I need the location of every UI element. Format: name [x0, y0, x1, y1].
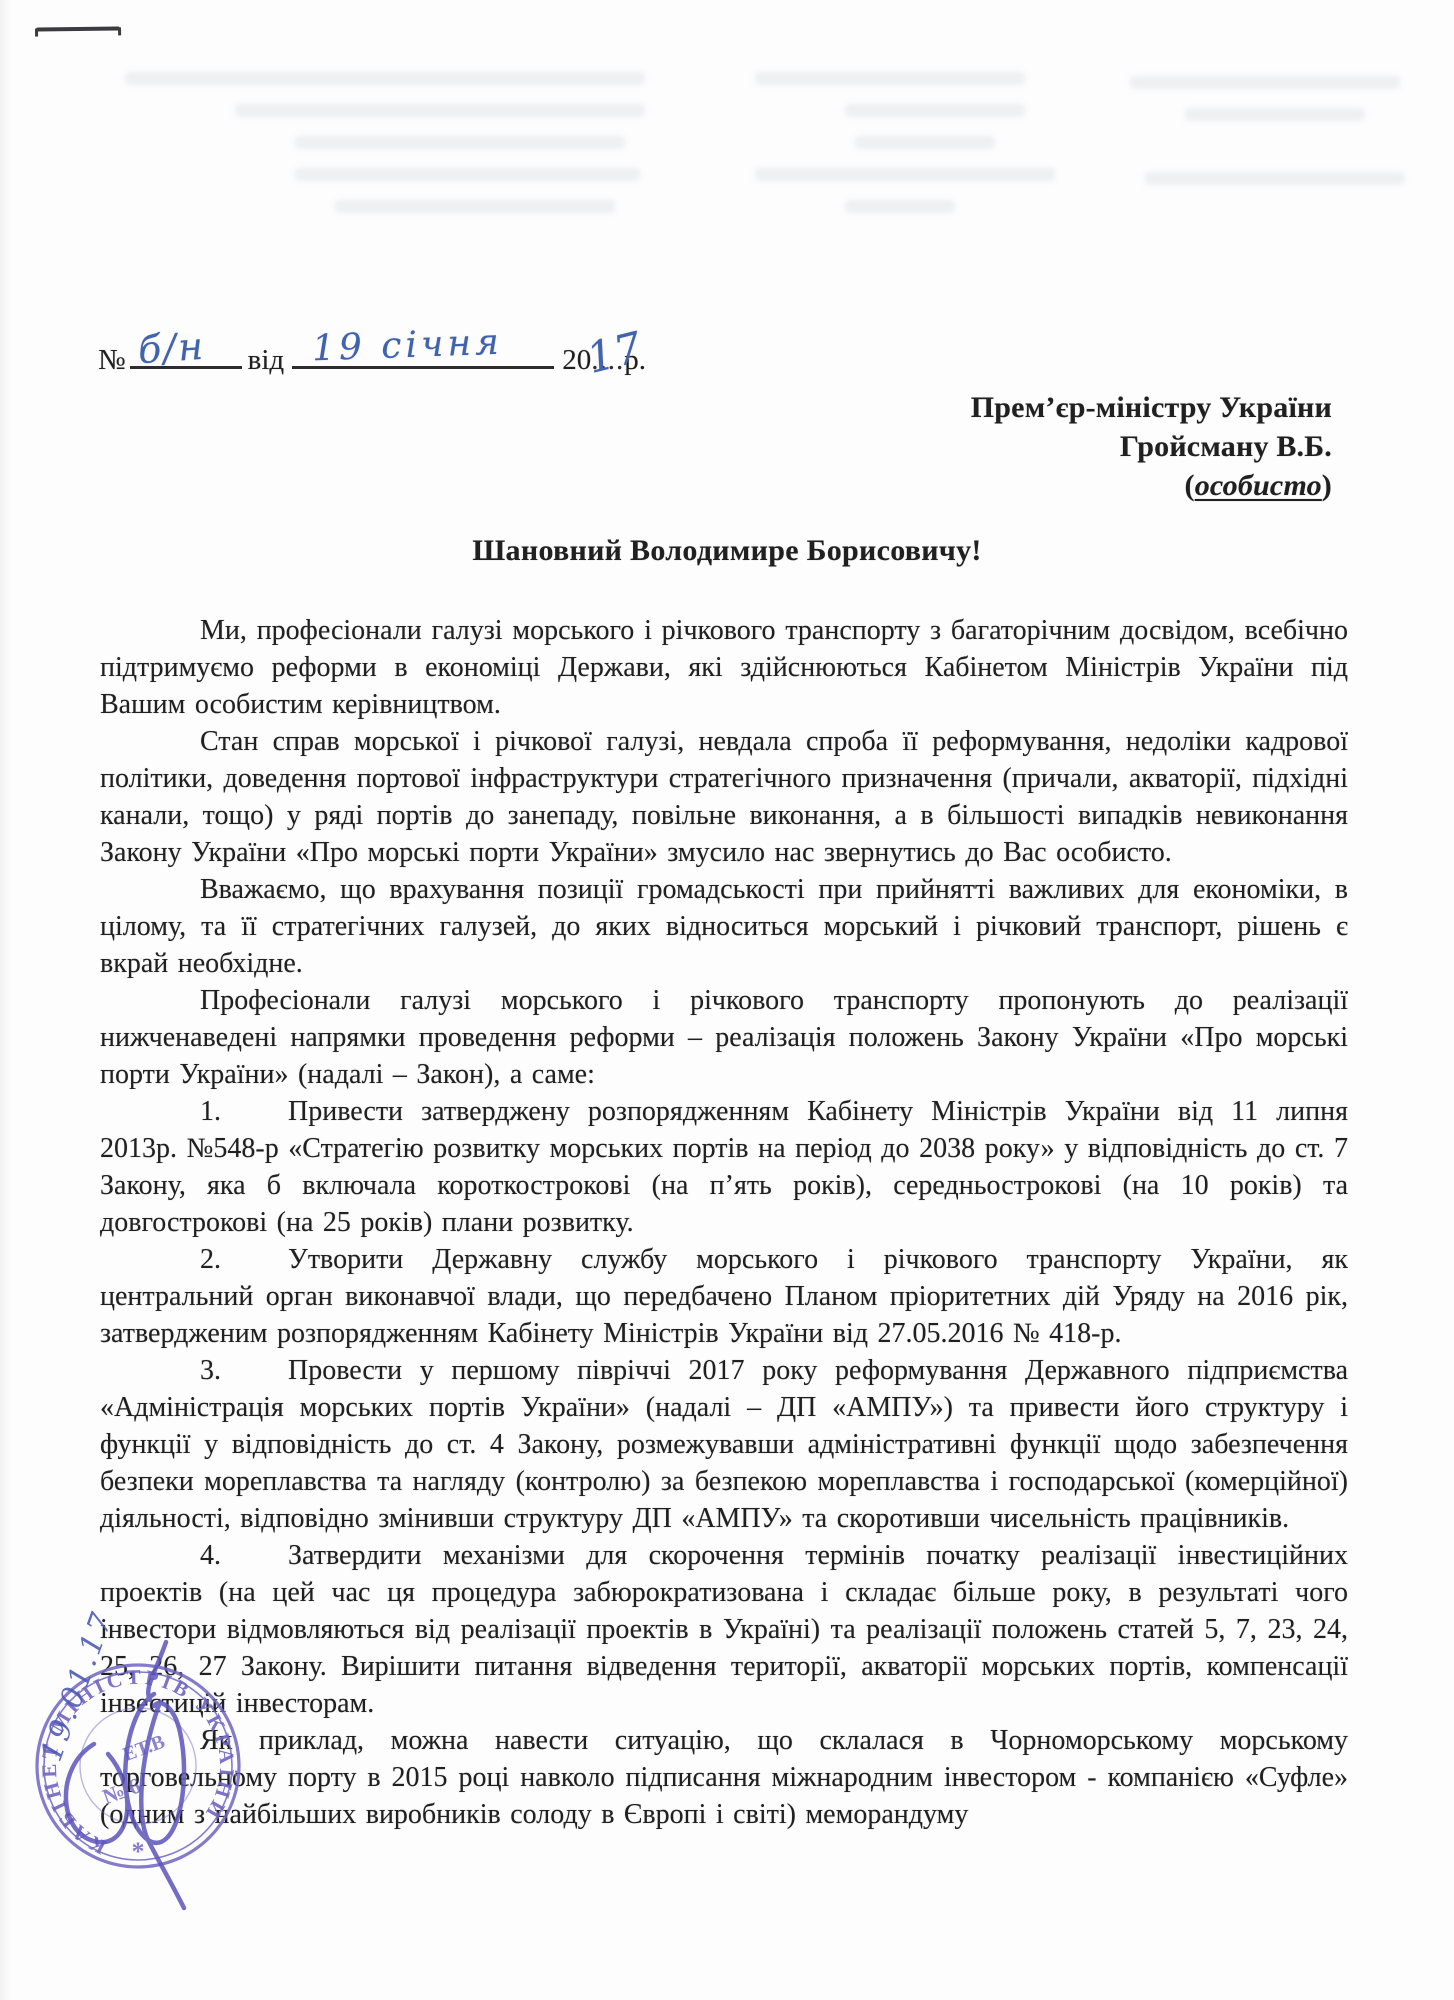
- bleedthrough-line: [295, 168, 640, 181]
- letter-body: Ми, професіонали галузі морського і річк…: [100, 612, 1348, 1833]
- ref-date-blank: 19 січня: [292, 328, 554, 369]
- bleedthrough-line: [335, 200, 615, 213]
- bleedthrough-line: [1145, 172, 1405, 185]
- bleedthrough-line: [235, 104, 645, 117]
- personal-paren-close: ): [1322, 469, 1332, 502]
- stamp-star-icon: *: [132, 1837, 145, 1866]
- paragraph: Професіонали галузі морського і річковог…: [100, 982, 1348, 1093]
- addressee-line-1: Прем’єр-міністру України: [971, 388, 1332, 427]
- scan-edge-shading: [0, 0, 10, 2000]
- numbered-item: 2.Утворити Державну службу морського і р…: [100, 1241, 1348, 1352]
- addressee-line-2: Гройсману В.Б.: [971, 427, 1332, 466]
- bleedthrough-line: [1185, 108, 1365, 121]
- item-text: Провести у першому півріччі 2017 року ре…: [100, 1355, 1348, 1534]
- ref-year-dots: ....17: [591, 344, 624, 377]
- paragraph: Як приклад, можна навести ситуацію, що с…: [100, 1722, 1348, 1833]
- ref-number-handwritten: б/н: [136, 324, 206, 373]
- numbered-item: 1.Привести затверджену розпорядженням Ка…: [100, 1093, 1348, 1241]
- ref-no-label: №: [98, 344, 126, 376]
- bleedthrough-line: [125, 72, 645, 85]
- addressee-line-3: (особисто): [971, 466, 1332, 505]
- ref-number-blank: б/н: [130, 328, 242, 369]
- bleedthrough-line: [295, 136, 625, 149]
- bleedthrough-line: [855, 136, 995, 149]
- addressee-block: Прем’єр-міністру України Гройсману В.Б. …: [971, 388, 1332, 505]
- bleedthrough-line: [845, 104, 1025, 117]
- item-number: 4.: [200, 1537, 288, 1574]
- salutation: Шановний Володимире Борисовичу!: [0, 534, 1454, 568]
- item-text: Утворити Державну службу морського і річ…: [100, 1244, 1348, 1349]
- personal-paren-open: (: [1185, 469, 1195, 502]
- bleedthrough-line: [1130, 76, 1400, 89]
- paragraph: Вважаємо, що врахування позиції громадсь…: [100, 871, 1348, 982]
- paragraph: Стан справ морської і річкової галузі, н…: [100, 723, 1348, 871]
- item-number: 1.: [200, 1093, 288, 1130]
- ref-date-handwritten: 19 січня: [312, 322, 504, 370]
- reference-line: №б/нвід19 січня20....17р.: [98, 328, 646, 377]
- bleedthrough-line: [845, 200, 955, 213]
- paragraph: Ми, професіонали галузі морського і річк…: [100, 612, 1348, 723]
- item-text: Затвердити механізми для скорочення терм…: [100, 1540, 1348, 1719]
- numbered-item: 3.Провести у першому півріччі 2017 року …: [100, 1352, 1348, 1537]
- item-number: 2.: [200, 1241, 288, 1278]
- pen-dash-mark: [36, 26, 120, 31]
- scanned-letter-page: №б/нвід19 січня20....17р. Прем’єр-мініст…: [0, 0, 1454, 2000]
- ref-from-label: від: [248, 344, 285, 376]
- item-number: 3.: [200, 1352, 288, 1389]
- numbered-item: 4.Затвердити механізми для скорочення те…: [100, 1537, 1348, 1722]
- item-text: Привести затверджену розпорядженням Кабі…: [100, 1096, 1348, 1238]
- bleedthrough-line: [755, 72, 1025, 85]
- bleedthrough-line: [755, 168, 1055, 181]
- personal-word: особисто: [1195, 469, 1322, 502]
